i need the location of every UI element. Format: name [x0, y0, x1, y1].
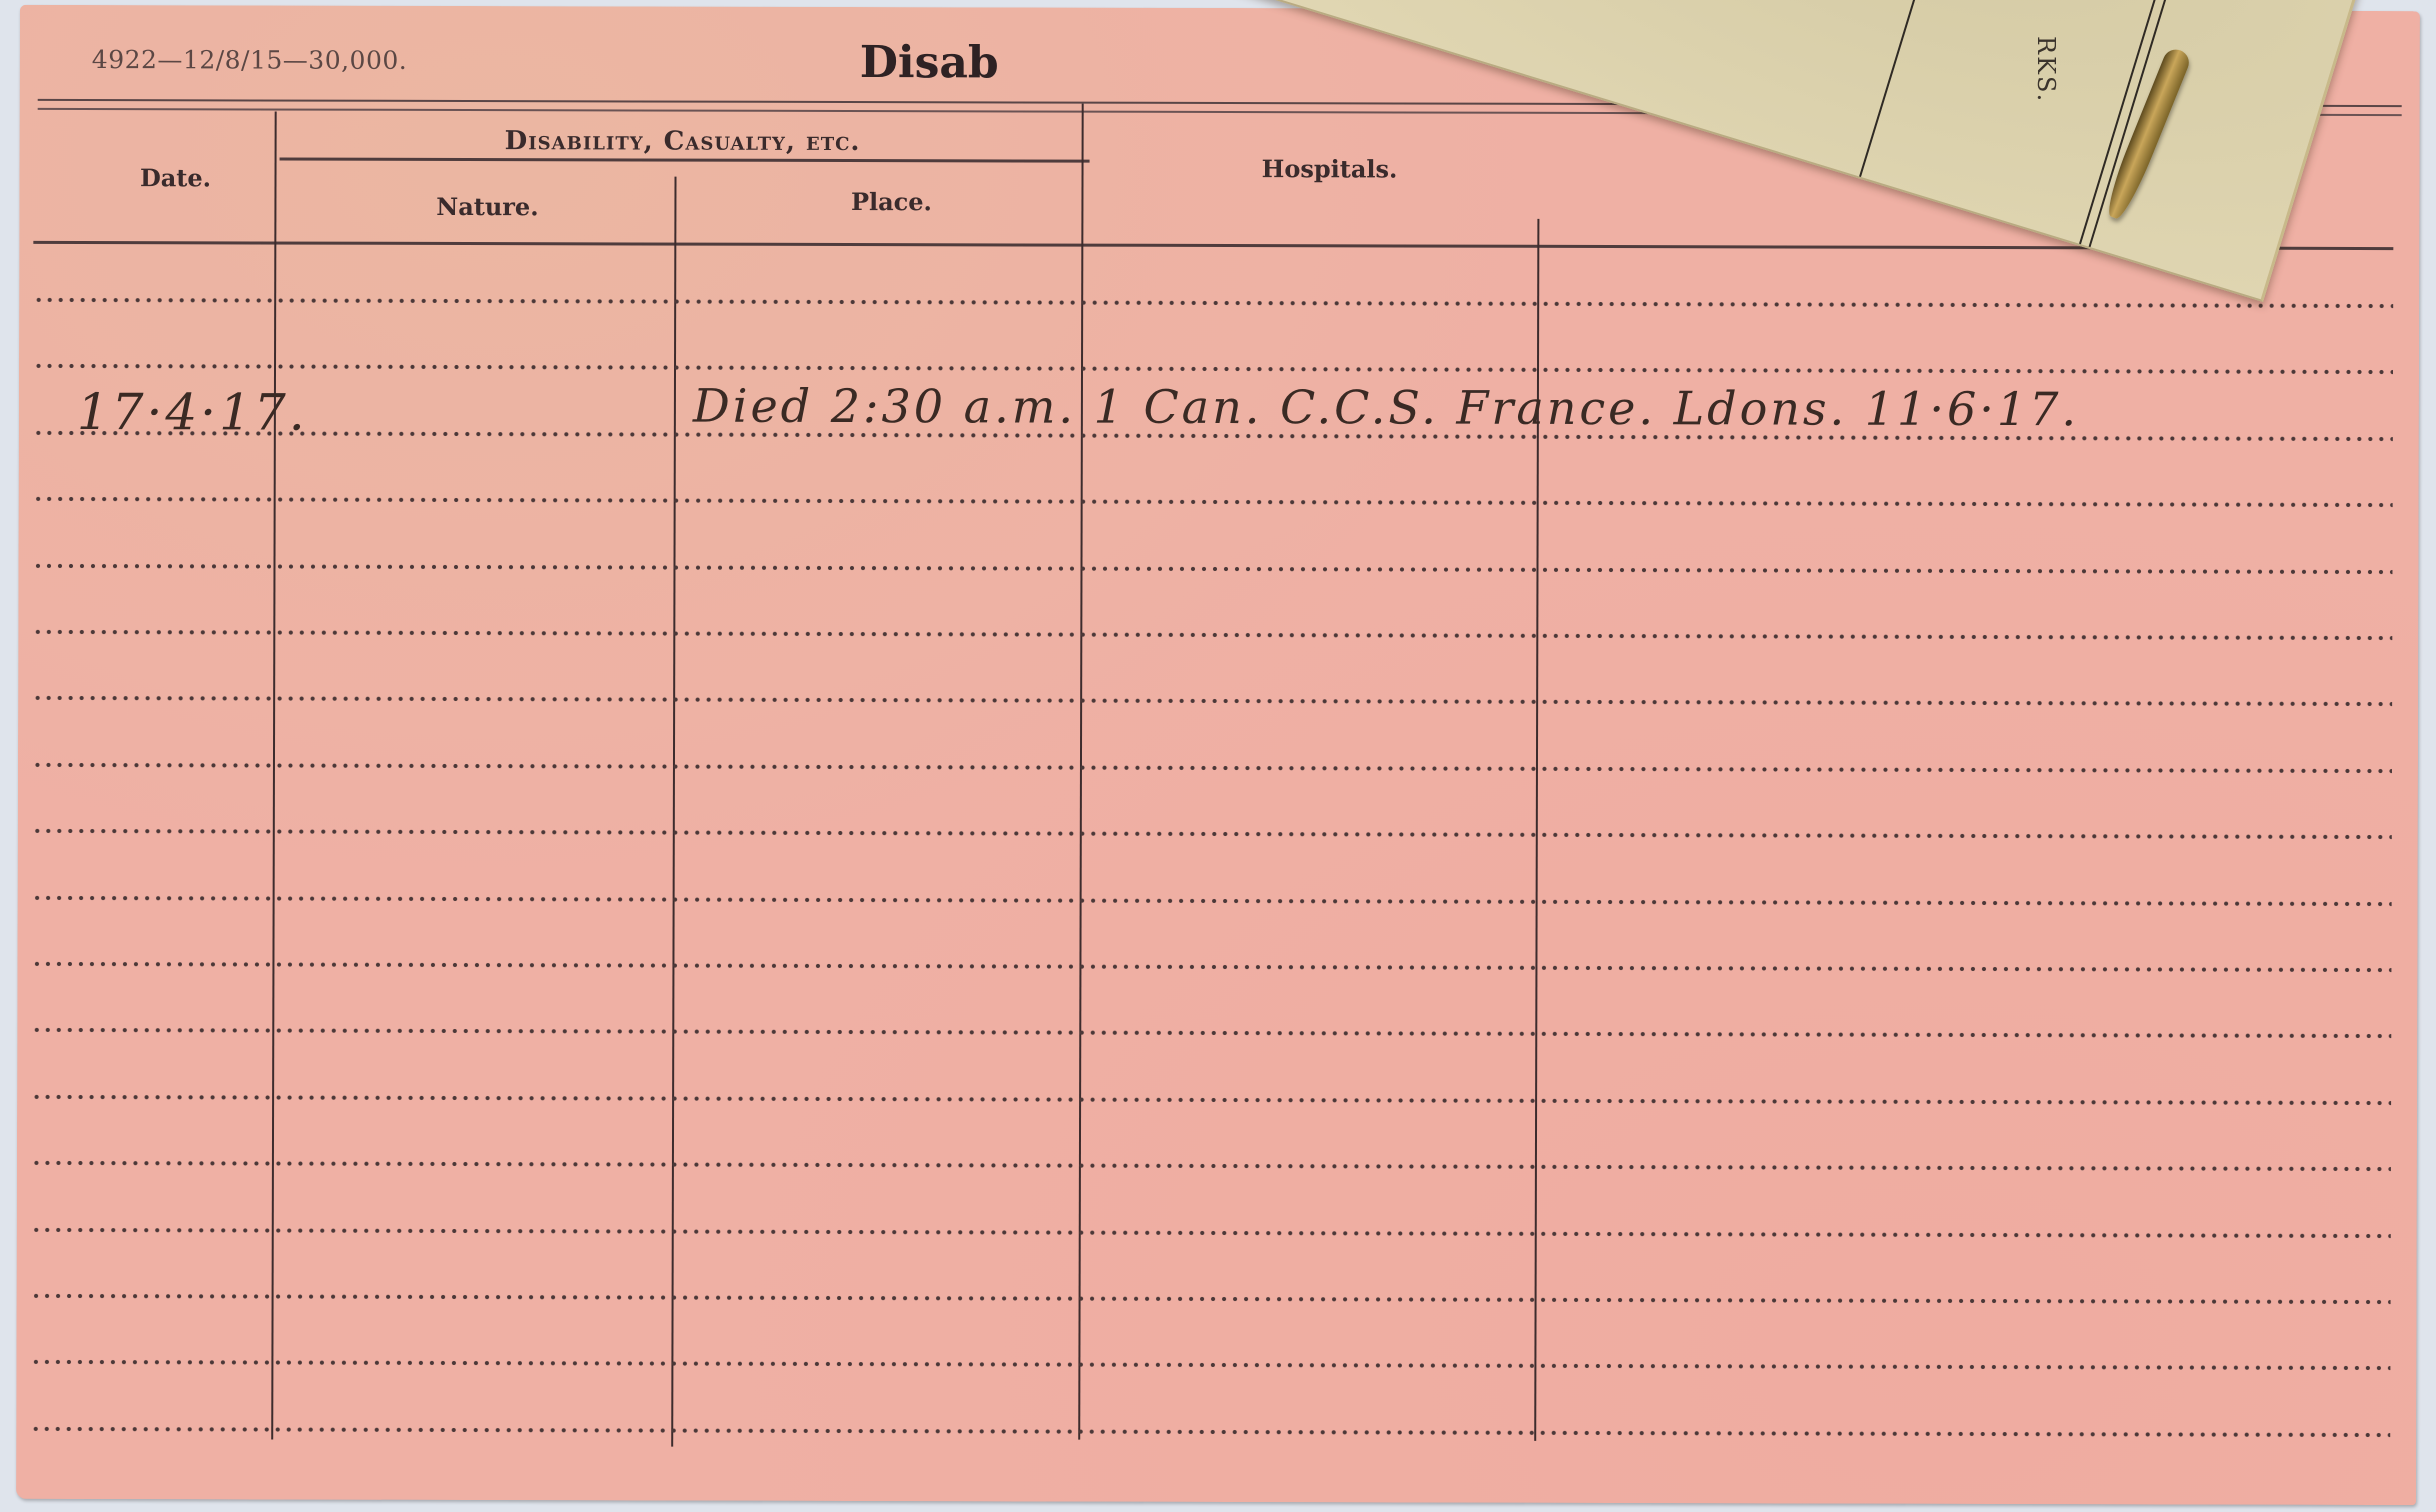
dotted-rule	[31, 1226, 2391, 1238]
dotted-rule	[31, 961, 2391, 973]
dotted-rule	[33, 496, 2393, 508]
entry-date: 17·4·17.	[77, 383, 308, 442]
header-bottom-rule	[33, 241, 2393, 250]
header-date: Date.	[55, 163, 295, 193]
dotted-rule	[31, 1160, 2391, 1172]
dotted-rule	[32, 762, 2392, 774]
dotted-rule	[31, 1293, 2391, 1305]
column-divider-date	[271, 112, 276, 1440]
dotted-rule	[33, 297, 2393, 309]
dotted-rule	[32, 562, 2392, 574]
dotted-rule	[33, 363, 2393, 375]
group-rule	[280, 158, 1090, 163]
dotted-rule	[32, 894, 2392, 906]
header-hospitals: Hospitals.	[1099, 154, 1559, 184]
dotted-rule	[32, 629, 2392, 641]
header-disability-group: Disability, Casualty, etc.	[278, 126, 1088, 158]
overlay-card-label: RKS.	[2032, 36, 2060, 103]
dotted-rule	[30, 1426, 2390, 1438]
header-nature: Nature.	[277, 192, 697, 222]
print-code: 4922—12/8/15—30,000.	[92, 45, 407, 75]
entry-text: Died 2:30 a.m. 1 Can. C.C.S. France. Ldo…	[693, 379, 2079, 437]
dotted-rule	[30, 1359, 2390, 1371]
dotted-rule	[31, 1094, 2391, 1106]
dotted-rule	[32, 695, 2392, 707]
dotted-rule	[32, 828, 2392, 840]
header-place: Place.	[691, 187, 1091, 217]
card-title: Disab	[860, 37, 999, 88]
dotted-rule	[31, 1027, 2391, 1039]
